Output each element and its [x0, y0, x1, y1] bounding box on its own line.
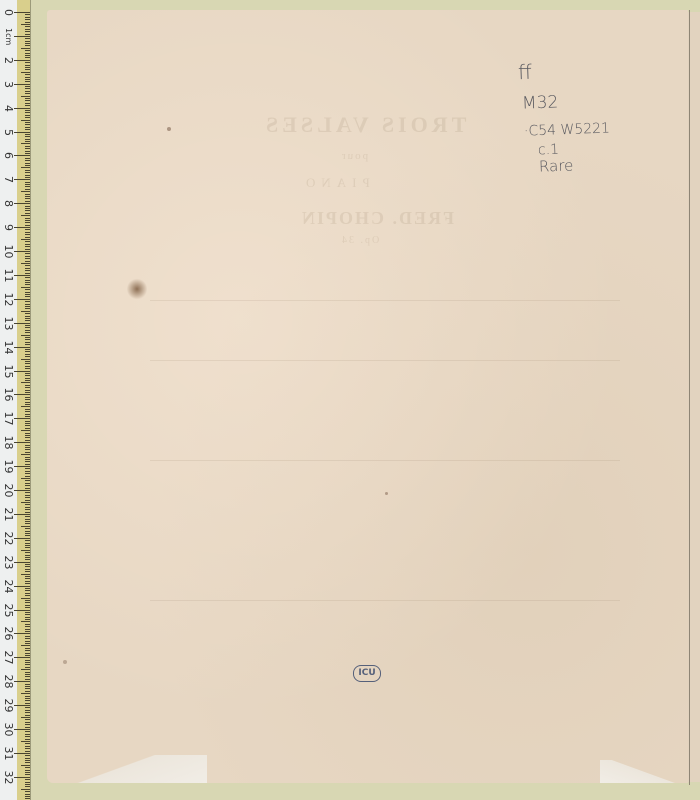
- ruler-tick: [25, 112, 30, 113]
- ruler-tick: [14, 562, 30, 563]
- ruler-number: 22: [3, 530, 14, 547]
- ruler-tick: [21, 598, 30, 599]
- ruler-tick: [25, 758, 30, 759]
- ruler-tick: [25, 480, 30, 481]
- ruler-tick: [25, 177, 30, 178]
- ruler-tick: [21, 239, 30, 240]
- ruler-tick: [25, 330, 30, 331]
- ruler-tick: [25, 67, 30, 68]
- ruler-tick: [14, 633, 30, 634]
- ruler-tick: [25, 712, 30, 713]
- ruler-tick: [25, 643, 30, 644]
- ruler-number: 24: [3, 578, 14, 595]
- ruler-tick: [21, 454, 30, 455]
- ruler-tick: [25, 342, 30, 343]
- ruler-tick: [25, 127, 30, 128]
- stain-dot: [385, 492, 388, 495]
- ruler-tick: [25, 409, 30, 410]
- ruler-tick: [25, 710, 30, 711]
- ruler-tick: [25, 62, 30, 63]
- ruler-tick: [25, 57, 30, 58]
- ruler-number: 19: [3, 458, 14, 475]
- ruler-tick: [25, 337, 30, 338]
- ruler-tick: [25, 595, 30, 596]
- ruler-tick: [25, 313, 30, 314]
- ruler-number: 18: [3, 434, 14, 451]
- ruler-tick: [25, 686, 30, 687]
- ruler-tick: [25, 722, 30, 723]
- ruler-tick: [25, 354, 30, 355]
- ruler-tick: [25, 182, 30, 183]
- pencil-note-ff: ff: [518, 62, 532, 82]
- ruler-tick: [25, 306, 30, 307]
- ruler-tick: [25, 782, 30, 783]
- ruler-tick: [25, 115, 30, 116]
- ruler-tick: [25, 751, 30, 752]
- ruler-tick: [21, 24, 30, 25]
- ruler-tick: [14, 538, 30, 539]
- ruler-tick: [25, 543, 30, 544]
- ruler-tick: [25, 648, 30, 649]
- ruler-tick: [21, 72, 30, 73]
- ruler-tick: [25, 273, 30, 274]
- ruler-tick: [25, 103, 30, 104]
- ruler-tick: [25, 404, 30, 405]
- ruler-tick: [14, 490, 30, 491]
- ruler-tick: [25, 719, 30, 720]
- ruler-tick: [25, 366, 30, 367]
- ruler-tick: [25, 325, 30, 326]
- ruler-tick: [14, 251, 30, 252]
- ruler-tick: [25, 189, 30, 190]
- ruler-tick: [25, 428, 30, 429]
- ruler-tick: [25, 614, 30, 615]
- ruler-tick: [25, 237, 30, 238]
- ruler-tick: [25, 791, 30, 792]
- ruler-tick: [25, 521, 30, 522]
- ruler-tick: [25, 22, 30, 23]
- ruler-tick: [25, 198, 30, 199]
- ruler-tick: [25, 440, 30, 441]
- ruler-tick: [25, 284, 30, 285]
- stain-spot: [127, 278, 147, 300]
- ruler-tick: [25, 700, 30, 701]
- worn-corner-right: [600, 760, 688, 783]
- ruler-tick: [25, 600, 30, 601]
- ruler-tick: [25, 421, 30, 422]
- ruler-tick: [25, 91, 30, 92]
- ruler-tick: [25, 256, 30, 257]
- ruler-tick: [25, 703, 30, 704]
- ruler-tick: [14, 323, 30, 324]
- ruler-tick: [25, 452, 30, 453]
- ruler-tick: [25, 545, 30, 546]
- bleed-through-rule: [150, 460, 620, 461]
- ruler-tick: [25, 146, 30, 147]
- ruler-tick: [25, 739, 30, 740]
- ruler-tick: [25, 88, 30, 89]
- ruler-tick: [25, 531, 30, 532]
- ruler-tick: [25, 141, 30, 142]
- ruler-number: 9: [3, 219, 14, 236]
- ruler-tick: [21, 502, 30, 503]
- ruler-tick: [25, 423, 30, 424]
- ruler-tick: [14, 12, 30, 13]
- ruler-tick: [21, 621, 30, 622]
- ruler-tick: [25, 471, 30, 472]
- ruler-number: 21: [3, 506, 14, 523]
- ruler-tick: [25, 691, 30, 692]
- ruler-tick: [25, 504, 30, 505]
- ruler-tick: [25, 447, 30, 448]
- ruler-tick: [25, 569, 30, 570]
- ruler-tick: [25, 523, 30, 524]
- ruler-tick: [25, 770, 30, 771]
- ruler-tick: [25, 459, 30, 460]
- ruler-tick: [25, 653, 30, 654]
- ruler-tick: [25, 289, 30, 290]
- bleed-through-rule: [150, 600, 620, 601]
- ruler-tick: [25, 638, 30, 639]
- ruler-tick: [25, 246, 30, 247]
- ruler-number: 11: [3, 267, 14, 284]
- ruler-tick: [25, 564, 30, 565]
- ruler-tick: [25, 31, 30, 32]
- ruler-tick: [25, 457, 30, 458]
- ruler-tick: [21, 382, 30, 383]
- ruler-tick: [14, 179, 30, 180]
- ruler-tick: [25, 232, 30, 233]
- ruler-tick: [25, 234, 30, 235]
- ruler-tick: [25, 581, 30, 582]
- ruler-tick: [25, 629, 30, 630]
- ruler-tick: [25, 602, 30, 603]
- ruler-tick: [25, 731, 30, 732]
- ruler-tick: [25, 339, 30, 340]
- ruler-tick: [25, 139, 30, 140]
- ruler-tick: [25, 779, 30, 780]
- ruler-tick: [25, 755, 30, 756]
- ruler-tick: [25, 93, 30, 94]
- ruler-tick: [25, 641, 30, 642]
- ruler-tick: [25, 387, 30, 388]
- ruler-tick: [25, 153, 30, 154]
- ruler-tick: [25, 213, 30, 214]
- ruler-tick: [25, 617, 30, 618]
- ruler-tick: [25, 124, 30, 125]
- ruler-tick: [25, 165, 30, 166]
- scale-ruler: 01cm234567891011121314151617181920212223…: [0, 0, 31, 800]
- ruler-tick: [25, 261, 30, 262]
- ruler-tick: [25, 674, 30, 675]
- ruler-tick: [25, 117, 30, 118]
- ruler-tick: [25, 220, 30, 221]
- ruler-tick: [25, 253, 30, 254]
- ruler-tick: [25, 698, 30, 699]
- ruler-tick: [25, 492, 30, 493]
- ruler-tick: [25, 327, 30, 328]
- ruler-tick: [25, 201, 30, 202]
- ruler-tick: [25, 134, 30, 135]
- ruler-tick: [25, 662, 30, 663]
- ruler-tick: [25, 425, 30, 426]
- ruler-tick: [21, 48, 30, 49]
- ruler-tick: [25, 385, 30, 386]
- ruler-tick: [25, 533, 30, 534]
- ruler-tick: [25, 38, 30, 39]
- ruler-tick: [25, 349, 30, 350]
- ruler-tick: [14, 275, 30, 276]
- ruler-tick: [14, 84, 30, 85]
- ruler-tick: [25, 619, 30, 620]
- ruler-tick: [25, 485, 30, 486]
- ruler-tick: [25, 483, 30, 484]
- ruler-tick: [25, 110, 30, 111]
- ruler-tick: [21, 287, 30, 288]
- ruler-tick: [25, 743, 30, 744]
- ruler-tick: [25, 160, 30, 161]
- ruler-tick: [25, 14, 30, 15]
- ruler-edge: [30, 0, 31, 800]
- ruler-tick: [25, 17, 30, 18]
- ruler-tick: [21, 143, 30, 144]
- ruler-tick: [25, 724, 30, 725]
- ruler-tick: [25, 79, 30, 80]
- ruler-tick: [25, 378, 30, 379]
- ruler-number: 20: [3, 482, 14, 499]
- ruler-tick: [25, 794, 30, 795]
- ruler-tick: [25, 578, 30, 579]
- ruler-tick: [25, 45, 30, 46]
- ruler-tick: [25, 184, 30, 185]
- ruler-tick: [25, 175, 30, 176]
- ruler-tick: [25, 774, 30, 775]
- ruler-tick: [25, 316, 30, 317]
- ruler-tick: [25, 122, 30, 123]
- ruler-tick: [14, 657, 30, 658]
- ruler-tick: [25, 445, 30, 446]
- ruler-number: 1cm: [3, 28, 14, 45]
- ruler-tick: [14, 108, 30, 109]
- ruler-number: 28: [3, 673, 14, 690]
- ruler-tick: [25, 547, 30, 548]
- ruler-tick: [25, 26, 30, 27]
- ruler-tick: [14, 36, 30, 37]
- ruler-tick: [25, 34, 30, 35]
- ruler-tick: [25, 208, 30, 209]
- ruler-number: 2: [3, 52, 14, 69]
- ruler-tick: [25, 344, 30, 345]
- ruler-tick: [14, 705, 30, 706]
- pencil-note-call-class: M32: [522, 94, 559, 112]
- ruler-tick: [14, 132, 30, 133]
- ruler-tick: [25, 631, 30, 632]
- ruler-number: 3: [3, 76, 14, 93]
- ruler-tick: [21, 263, 30, 264]
- bleed-through-line: PIANO: [300, 175, 370, 191]
- ruler-tick: [21, 215, 30, 216]
- ruler-tick: [25, 392, 30, 393]
- ruler-tick: [21, 120, 30, 121]
- ruler-tick: [25, 136, 30, 137]
- ruler-tick: [25, 798, 30, 799]
- ruler-tick: [25, 605, 30, 606]
- ruler-tick: [25, 540, 30, 541]
- ruler-tick: [14, 418, 30, 419]
- ruler-tick: [21, 167, 30, 168]
- ruler-tick: [25, 397, 30, 398]
- ruler-tick: [21, 717, 30, 718]
- ruler-tick: [14, 347, 30, 348]
- ruler-tick: [25, 688, 30, 689]
- ruler-tick: [25, 399, 30, 400]
- ruler-tick: [25, 760, 30, 761]
- ruler-tick: [14, 394, 30, 395]
- ruler-tick: [25, 626, 30, 627]
- ruler-tick: [25, 557, 30, 558]
- ruler-tick: [21, 669, 30, 670]
- ruler-tick: [21, 335, 30, 336]
- ruler-tick: [25, 746, 30, 747]
- ruler-tick: [25, 796, 30, 797]
- ruler-tick: [21, 478, 30, 479]
- ruler-tick: [25, 55, 30, 56]
- ruler-tick: [25, 555, 30, 556]
- ruler-tick: [25, 473, 30, 474]
- ruler-tick: [21, 765, 30, 766]
- ruler-tick: [25, 210, 30, 211]
- ruler-number: 17: [3, 410, 14, 427]
- ruler-tick: [25, 77, 30, 78]
- ruler-tick: [25, 593, 30, 594]
- ruler-tick: [25, 583, 30, 584]
- ruler-tick: [14, 203, 30, 204]
- ruler-tick: [25, 786, 30, 787]
- ruler-number: 32: [3, 769, 14, 786]
- ruler-tick: [25, 476, 30, 477]
- ruler-tick: [25, 437, 30, 438]
- ruler-tick: [25, 249, 30, 250]
- ruler-tick: [25, 715, 30, 716]
- ruler-tick: [14, 227, 30, 228]
- ruler-tick: [25, 390, 30, 391]
- ruler-tick: [25, 225, 30, 226]
- ruler-tick: [25, 282, 30, 283]
- ruler-tick: [25, 497, 30, 498]
- ruler-tick: [25, 43, 30, 44]
- ruler-number: 16: [3, 386, 14, 403]
- pencil-note-rare: Rare: [539, 158, 574, 174]
- ruler-tick: [25, 707, 30, 708]
- ruler-tick: [25, 277, 30, 278]
- ruler-tick: [25, 172, 30, 173]
- bleed-through-rule: [150, 360, 620, 361]
- ruler-tick: [25, 519, 30, 520]
- ruler-number: 10: [3, 243, 14, 260]
- ruler-tick: [25, 304, 30, 305]
- ruler-tick: [25, 318, 30, 319]
- ruler-tick: [14, 466, 30, 467]
- ruler-number: 6: [3, 147, 14, 164]
- ruler-tick: [25, 351, 30, 352]
- ruler-tick: [25, 129, 30, 130]
- ruler-number: 7: [3, 171, 14, 188]
- ruler-tick: [21, 526, 30, 527]
- ruler-tick: [25, 301, 30, 302]
- ruler-tick: [25, 566, 30, 567]
- ruler-tick: [25, 416, 30, 417]
- ruler-tick: [25, 218, 30, 219]
- ruler-tick: [21, 311, 30, 312]
- ruler-tick: [25, 500, 30, 501]
- ruler-tick: [25, 762, 30, 763]
- ruler-tick: [21, 645, 30, 646]
- ruler-tick: [25, 363, 30, 364]
- ruler-tick: [14, 753, 30, 754]
- ruler-tick: [25, 292, 30, 293]
- ruler-tick: [25, 660, 30, 661]
- ruler-tick: [25, 624, 30, 625]
- bleed-through-line: Op. 34: [340, 235, 379, 246]
- ruler-tick: [14, 586, 30, 587]
- ruler-number: 27: [3, 649, 14, 666]
- ruler-tick: [25, 81, 30, 82]
- stain-dot: [167, 127, 171, 131]
- ruler-tick: [25, 294, 30, 295]
- ruler-tick: [25, 158, 30, 159]
- ruler-number: 25: [3, 602, 14, 619]
- ruler-tick: [25, 41, 30, 42]
- ruler-number: 12: [3, 291, 14, 308]
- ruler-tick: [25, 607, 30, 608]
- ruler-tick: [25, 222, 30, 223]
- ruler-tick: [25, 206, 30, 207]
- ruler-tick: [25, 373, 30, 374]
- ruler-tick: [14, 442, 30, 443]
- ruler-tick: [21, 191, 30, 192]
- ruler-tick: [25, 535, 30, 536]
- ruler-tick: [25, 270, 30, 271]
- ruler-tick: [25, 664, 30, 665]
- ruler-tick: [14, 299, 30, 300]
- ruler-tick: [25, 516, 30, 517]
- ruler-tick: [25, 734, 30, 735]
- stain-dot: [63, 660, 67, 664]
- ruler-tick: [25, 244, 30, 245]
- bleed-through-composer: FRED. CHOPIN: [300, 208, 454, 229]
- ruler-tick: [14, 729, 30, 730]
- ruler-tick: [25, 464, 30, 465]
- ruler-tick: [25, 151, 30, 152]
- ruler-tick: [25, 684, 30, 685]
- ruler-tick: [25, 69, 30, 70]
- ruler-tick: [25, 308, 30, 309]
- ruler-tick: [21, 430, 30, 431]
- ruler-tick: [21, 789, 30, 790]
- ruler-tick: [25, 449, 30, 450]
- ruler-tick: [25, 727, 30, 728]
- ruler-tick: [25, 588, 30, 589]
- ruler-tick: [25, 488, 30, 489]
- ruler-tick: [25, 100, 30, 101]
- ruler-tick: [25, 332, 30, 333]
- ruler-tick: [25, 433, 30, 434]
- ruler-number: 13: [3, 315, 14, 332]
- ruler-tick: [25, 380, 30, 381]
- ruler-tick: [25, 186, 30, 187]
- ruler-tick: [21, 96, 30, 97]
- ruler-tick: [21, 741, 30, 742]
